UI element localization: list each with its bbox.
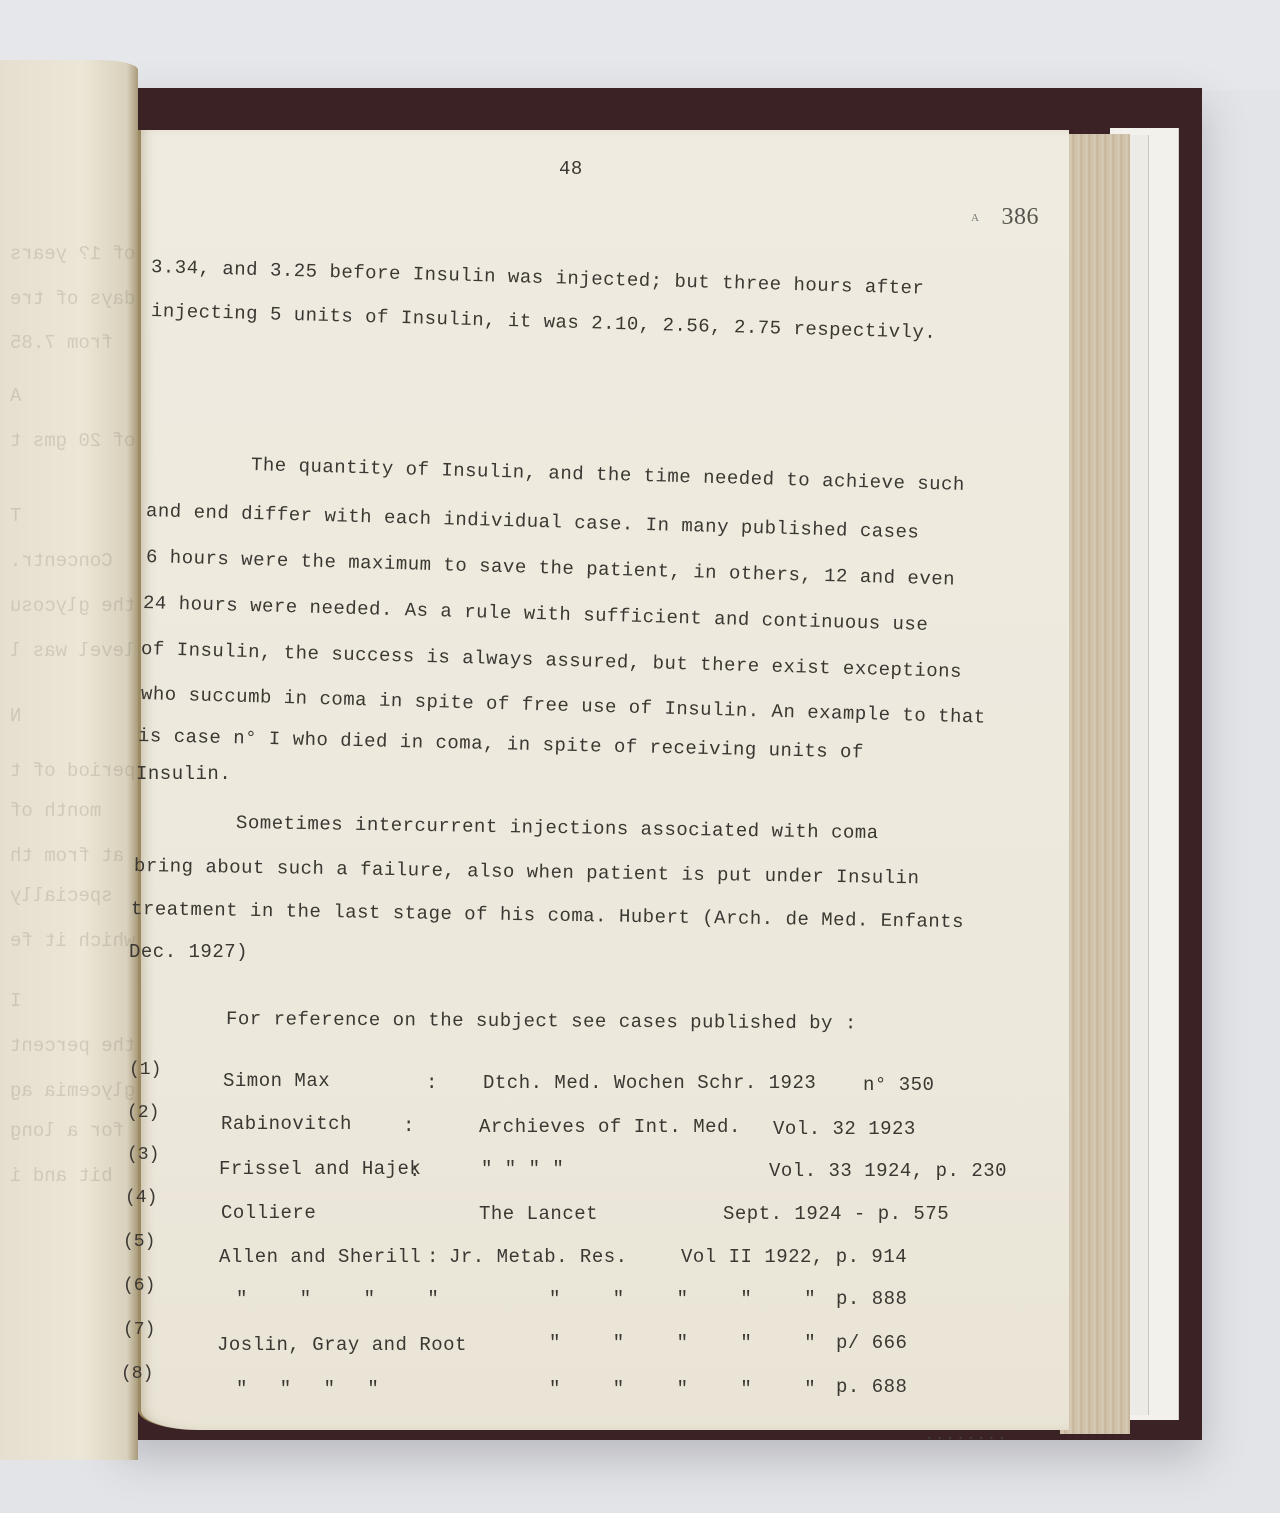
reference-source: " " " " " xyxy=(549,1380,816,1399)
text-line: Sometimes intercurrent injections associ… xyxy=(236,814,879,843)
bleed-text: specially xyxy=(10,885,113,907)
reference-source: Dtch. Med. Wochen Schr. 1923 xyxy=(483,1074,816,1093)
folio-stamp: A386 xyxy=(971,205,1039,229)
reference-author: Rabinovitch xyxy=(221,1115,352,1134)
text-line: treatment in the last stage of his coma.… xyxy=(131,900,964,932)
reference-detail: Vol. 32 1923 xyxy=(773,1120,916,1139)
reference-source: " " " " xyxy=(481,1160,564,1179)
text-line: is case n° I who died in coma, in spite … xyxy=(138,727,864,762)
footer-dots: ........ xyxy=(925,1428,1008,1444)
reference-separator: : xyxy=(426,1074,438,1093)
reference-author: Colliere xyxy=(221,1204,316,1223)
bleed-text: A xyxy=(10,385,21,407)
reference-number: (7) xyxy=(123,1320,155,1340)
bleed-text: N xyxy=(10,705,21,727)
bleed-text: glycemia ag xyxy=(10,1080,135,1102)
reference-detail: Vol. 33 1924, p. 230 xyxy=(769,1162,1007,1181)
reference-author: Simon Max xyxy=(223,1072,330,1091)
bleed-text: days of tre xyxy=(10,288,135,310)
reference-number: (2) xyxy=(127,1103,159,1123)
bleed-text: the percent xyxy=(10,1035,135,1057)
reference-author: " " " " xyxy=(236,1290,439,1309)
page-number: 48 xyxy=(559,160,583,179)
reference-source: " " " " " xyxy=(549,1290,816,1309)
bleed-text: at from th xyxy=(10,845,124,867)
text-line: Insulin. xyxy=(136,765,231,784)
document-page: 48 A386 3.34, and 3.25 before Insulin wa… xyxy=(138,130,1069,1430)
bleed-text: bit and i xyxy=(10,1165,113,1187)
bleed-text: of 20 gms t xyxy=(10,430,135,452)
reference-detail: Vol II 1922, p. 914 xyxy=(681,1248,907,1267)
reference-detail: p. 888 xyxy=(836,1290,907,1309)
text-line: who succumb in coma in spite of free use… xyxy=(141,685,986,728)
reference-separator: : xyxy=(403,1117,415,1136)
bleed-text: from 7.85 xyxy=(10,332,113,354)
reference-separator: : xyxy=(409,1162,421,1181)
reference-detail: Sept. 1924 - p. 575 xyxy=(723,1205,949,1224)
text-line: 6 hours were the maximum to save the pat… xyxy=(146,548,956,590)
folio-number: 386 xyxy=(1001,204,1039,230)
reference-source: Jr. Metab. Res. xyxy=(449,1248,628,1267)
page-edges xyxy=(1060,134,1130,1434)
reference-number: (6) xyxy=(123,1276,155,1296)
folio-mark: A xyxy=(971,212,979,224)
text-line: Dec. 1927) xyxy=(129,943,248,962)
reference-number: (8) xyxy=(121,1364,153,1384)
bleed-text: level was l xyxy=(10,640,135,662)
bleed-text: I xyxy=(10,990,21,1012)
bleed-text: T xyxy=(10,505,21,527)
bleed-text: month of xyxy=(10,800,101,822)
references-intro: For reference on the subject see cases p… xyxy=(226,1010,857,1033)
reference-number: (1) xyxy=(129,1060,161,1080)
text-line: and end differ with each individual case… xyxy=(146,502,920,543)
reference-author: " " " " xyxy=(236,1380,379,1399)
reference-detail: p. 688 xyxy=(836,1378,907,1397)
reference-source: " " " " " xyxy=(549,1334,816,1353)
reference-separator: : xyxy=(427,1248,439,1267)
reference-number: (3) xyxy=(127,1145,159,1165)
reference-number: (5) xyxy=(123,1232,155,1252)
text-line: injecting 5 units of Insulin, it was 2.1… xyxy=(151,302,937,343)
backdrop xyxy=(0,0,1280,90)
bleed-text: for a long xyxy=(10,1120,124,1142)
bleed-text: of 1? years xyxy=(10,243,135,265)
reference-author: Frissel and Hajek xyxy=(219,1160,421,1179)
bleed-text: Concentr. xyxy=(10,550,113,572)
reference-detail: p/ 666 xyxy=(836,1334,907,1353)
bleed-text: period of t xyxy=(10,760,135,782)
reference-author: Joslin, Gray and Root xyxy=(217,1336,467,1355)
text-line: of Insulin, the success is always assure… xyxy=(141,640,962,682)
bleed-text: which it fe xyxy=(10,930,135,952)
reference-source: Archieves of Int. Med. xyxy=(479,1118,741,1137)
text-line: The quantity of Insulin, and the time ne… xyxy=(251,456,965,495)
reference-number: (4) xyxy=(125,1188,157,1208)
reference-detail: n° 350 xyxy=(863,1076,934,1095)
bleed-text: the glycosu xyxy=(10,595,135,617)
reference-source: The Lancet xyxy=(479,1205,598,1224)
text-line: bring about such a failure, also when pa… xyxy=(134,857,920,888)
text-line: 24 hours were needed. As a rule with suf… xyxy=(143,594,929,635)
left-page: of 1? years days of tre from 7.85 A of 2… xyxy=(0,60,138,1460)
text-line: 3.34, and 3.25 before Insulin was inject… xyxy=(151,258,925,299)
reference-author: Allen and Sherill xyxy=(219,1248,421,1267)
